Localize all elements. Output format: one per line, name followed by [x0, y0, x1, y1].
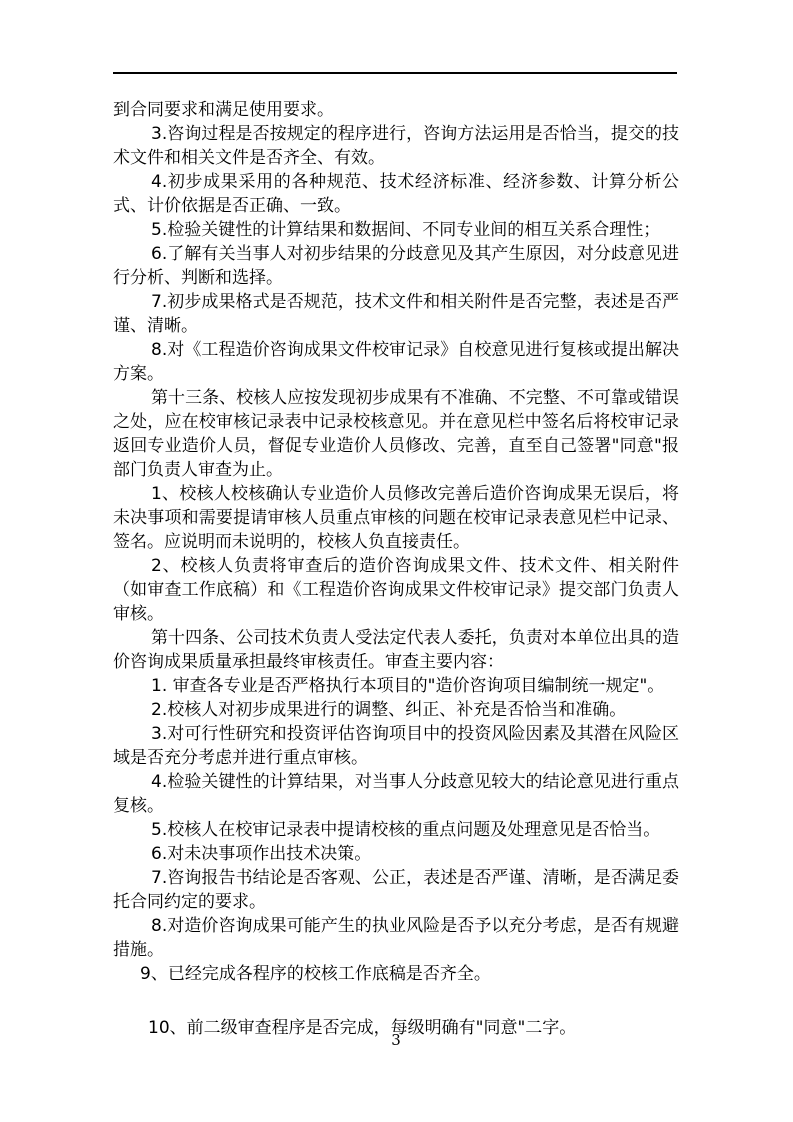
- paragraph: 6.了解有关当事人对初步结果的分歧意见及其产生原因，对分歧意见进行分析、判断和选…: [113, 242, 679, 290]
- blank-line: [113, 986, 679, 1016]
- paragraph: 第十三条、校核人应按发现初步成果有不准确、不完整、不可靠或错误之处，应在校审核记…: [113, 386, 679, 482]
- paragraph: 1、校核人校核确认专业造价人员修改完善后造价咨询成果无误后，将未决事项和需要提请…: [113, 482, 679, 554]
- paragraph: 4.初步成果采用的各种规范、技术经济标准、经济参数、计算分析公式、计价依据是否正…: [113, 170, 679, 218]
- paragraph: 8.对造价咨询成果可能产生的执业风险是否予以充分考虑，是否有规避措施。: [113, 914, 679, 962]
- paragraph: 7.初步成果格式是否规范，技术文件和相关附件是否完整，表述是否严谨、清晰。: [113, 290, 679, 338]
- paragraph: 3.对可行性研究和投资评估咨询项目中的投资风险因素及其潜在风险区域是否充分考虑并…: [113, 722, 679, 770]
- paragraph: 5.检验关键性的计算结果和数据间、不同专业间的相互关系合理性；: [113, 218, 679, 242]
- paragraph: 2.校核人对初步成果进行的调整、纠正、补充是否恰当和准确。: [113, 698, 679, 722]
- paragraph: 9、已经完成各程序的校核工作底稿是否齐全。: [113, 962, 679, 986]
- paragraph: 7.咨询报告书结论是否客观、公正，表述是否严谨、清晰，是否满足委托合同约定的要求…: [113, 866, 679, 914]
- paragraph: 4.检验关键性的计算结果，对当事人分歧意见较大的结论意见进行重点复核。: [113, 770, 679, 818]
- document-body: 到合同要求和满足使用要求。3.咨询过程是否按规定的程序进行，咨询方法运用是否恰当…: [113, 98, 679, 1040]
- document-page: 到合同要求和满足使用要求。3.咨询过程是否按规定的程序进行，咨询方法运用是否恰当…: [0, 0, 793, 1122]
- paragraph: 1. 审查各专业是否严格执行本项目的"造价咨询项目编制统一规定"。: [113, 674, 679, 698]
- page-footer: 3: [113, 1030, 679, 1050]
- paragraph: 3.咨询过程是否按规定的程序进行，咨询方法运用是否恰当，提交的技术文件和相关文件…: [113, 122, 679, 170]
- paragraph: 2、校核人负责将审查后的造价咨询成果文件、技术文件、相关附件（如审查工作底稿）和…: [113, 554, 679, 626]
- paragraph: 8.对《工程造价咨询成果文件校审记录》自校意见进行复核或提出解决方案。: [113, 338, 679, 386]
- paragraph: 6.对未决事项作出技术决策。: [113, 842, 679, 866]
- page-number: 3: [391, 1031, 401, 1049]
- paragraph: 第十四条、公司技术负责人受法定代表人委托，负责对本单位出具的造价咨询成果质量承担…: [113, 626, 679, 674]
- paragraph: 到合同要求和满足使用要求。: [113, 98, 679, 122]
- paragraph: 5.校核人在校审记录表中提请校核的重点问题及处理意见是否恰当。: [113, 818, 679, 842]
- header-rule: [113, 72, 677, 74]
